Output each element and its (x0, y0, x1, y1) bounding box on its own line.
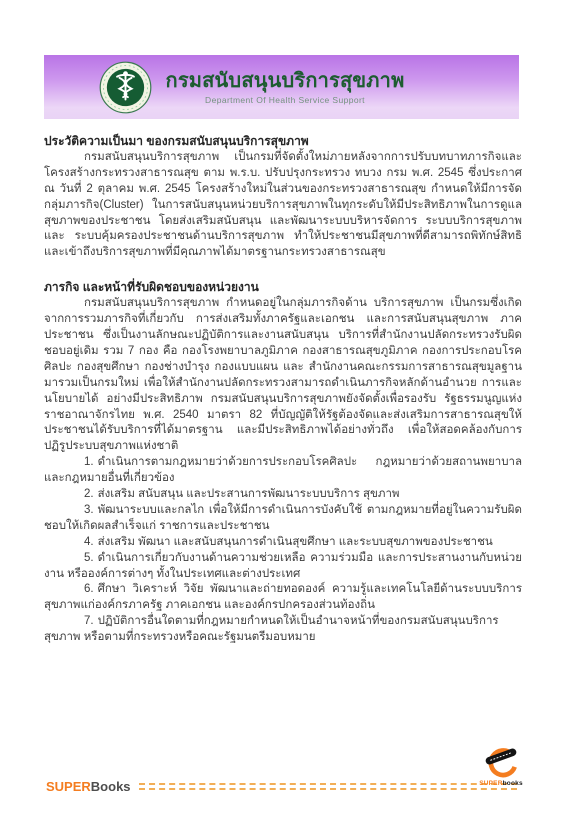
brand-books: Books (91, 779, 131, 794)
item-number: 6. (84, 583, 94, 595)
header-text-block: กรมสนับสนุนบริการสุขภาพ Department Of He… (166, 70, 405, 105)
item-number: 7. (84, 615, 94, 627)
section-heading-history: ประวัติความเป็นมา ของกรมสนับสนุนบริการสุ… (44, 134, 522, 150)
ministry-of-public-health-logo-icon (99, 61, 152, 114)
mission-paragraph: กรมสนับสนุนบริการสุขภาพ กำหนดอยู่ในกลุ่ม… (44, 296, 522, 455)
item-text: ดำเนินการตามกฎหมายว่าด้วยการประกอบโรคศิล… (44, 456, 522, 484)
item-number: 5. (84, 552, 94, 564)
document-body: ประวัติความเป็นมา ของกรมสนับสนุนบริการสุ… (44, 134, 522, 646)
footer-brand-text: SUPERBooks (46, 779, 131, 794)
list-item-7: 7.ปฏิบัติการอื่นใดตามที่กฎหมายกำหนดให้เป… (44, 614, 522, 646)
list-item-6: 6.ศึกษา วิเคราะห์ วิจัย พัฒนาและถ่ายทอดอ… (44, 582, 522, 614)
item-text: ส่งเสริม พัฒนา และสนับสนุนการดำเนินสุขศึ… (98, 536, 493, 548)
dashed-separator (139, 783, 517, 790)
item-text: พัฒนาระบบและกลไก เพื่อให้มีการดำเนินการบ… (44, 504, 522, 532)
superbooks-swoosh-icon (482, 748, 520, 782)
item-text: ศึกษา วิเคราะห์ วิจัย พัฒนาและถ่ายทอดองค… (44, 583, 522, 611)
list-item-1: 1.ดำเนินการตามกฎหมายว่าด้วยการประกอบโรคศ… (44, 455, 522, 487)
section-heading-mission: ภารกิจ และหน้าที่รับผิดชอบของหน่วยงาน (44, 280, 522, 296)
header-banner: กรมสนับสนุนบริการสุขภาพ Department Of He… (44, 55, 519, 119)
item-text: ปฏิบัติการอื่นใดตามที่กฎหมายกำหนดให้เป็น… (44, 615, 499, 643)
footer: SUPERBooks SUPERbooks (46, 779, 523, 794)
department-subtitle-en: Department Of Health Service Support (166, 95, 405, 105)
item-number: 2. (84, 488, 94, 500)
item-text: ดำเนินการเกี่ยวกับงานด้านความช่วยเหลือ ค… (44, 552, 522, 580)
brand-super: SUPER (46, 779, 91, 794)
list-item-5: 5.ดำเนินการเกี่ยวกับงานด้านความช่วยเหลือ… (44, 551, 522, 583)
superbooks-wordmark: SUPERbooks (475, 780, 527, 787)
document-page: กรมสนับสนุนบริการสุขภาพ Department Of He… (0, 0, 563, 818)
list-item-4: 4.ส่งเสริม พัฒนา และสนับสนุนการดำเนินสุข… (44, 535, 522, 551)
item-number: 3. (84, 504, 94, 516)
logo-super: SUPER (479, 780, 502, 787)
item-text: ส่งเสริม สนับสนุน และประสานการพัฒนาระบบบ… (98, 488, 400, 500)
list-item-2: 2.ส่งเสริม สนับสนุน และประสานการพัฒนาระบ… (44, 487, 522, 503)
history-paragraph: กรมสนับสนุนบริการสุขภาพ เป็นกรมที่จัดตั้… (44, 150, 522, 261)
superbooks-logo: SUPERbooks (475, 748, 527, 800)
department-title-th: กรมสนับสนุนบริการสุขภาพ (166, 70, 405, 92)
logo-books: books (503, 780, 523, 787)
list-item-3: 3.พัฒนาระบบและกลไก เพื่อให้มีการดำเนินกา… (44, 503, 522, 535)
item-number: 4. (84, 536, 94, 548)
item-number: 1. (84, 456, 94, 468)
